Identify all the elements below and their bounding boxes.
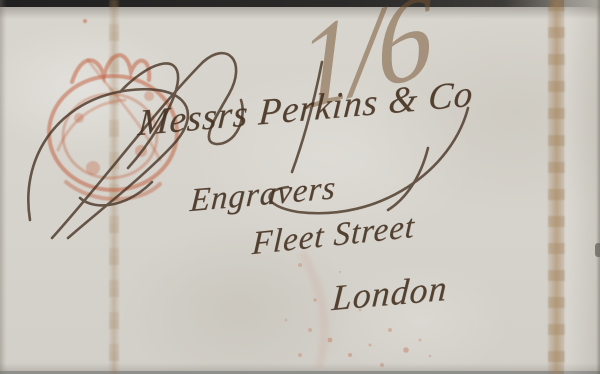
paper-edge-notch: [595, 243, 600, 257]
paper-left-edge: [0, 0, 7, 374]
paper-bottom-shadow: [0, 363, 600, 371]
paper-right-edge: [596, 0, 600, 374]
fold-crease-right: [548, 0, 565, 374]
photo-of-folded-letter-cover: 1/6 Messrs Perkins & Co Engravers Fleet …: [0, 0, 600, 374]
folded-edge-panel: [564, 0, 600, 374]
fold-crease-left: [109, 0, 119, 374]
